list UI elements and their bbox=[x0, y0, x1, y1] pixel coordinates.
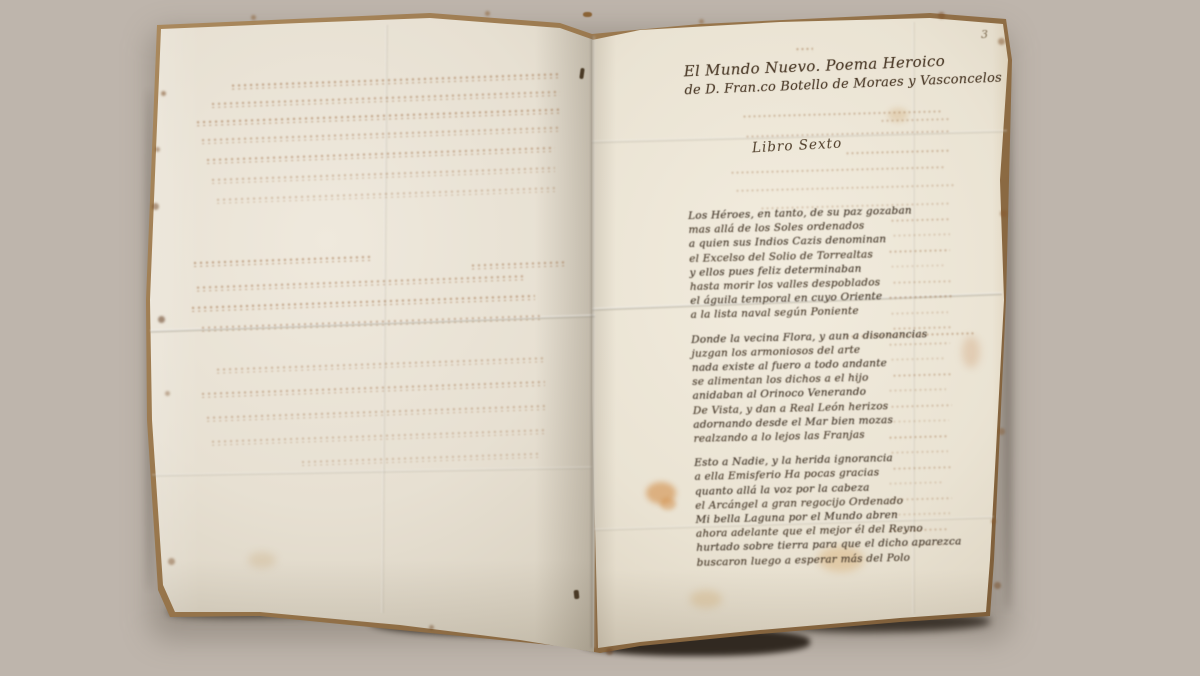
stain bbox=[248, 552, 276, 568]
binding-stitch bbox=[574, 590, 580, 599]
manuscript-photo: 3 El Mundo Nuevo. Poema Heroicode D. Fra… bbox=[0, 0, 1200, 676]
stanza: Esto a Nadie, y la herida ignoranciaa el… bbox=[694, 449, 977, 569]
poem-stanzas: Los Héroes, en tanto, de su paz gozabanm… bbox=[688, 202, 977, 580]
stain bbox=[690, 590, 722, 608]
faded-ink-row bbox=[795, 47, 813, 52]
page-number: 3 bbox=[981, 28, 988, 41]
stanza: Los Héroes, en tanto, de su paz gozabanm… bbox=[688, 202, 971, 322]
edge-specks bbox=[0, 0, 3, 3]
stanza: Donde la vecina Flora, y aun a disonanci… bbox=[691, 326, 974, 446]
stain bbox=[660, 498, 676, 510]
binding-gutter bbox=[591, 36, 595, 648]
binding-notch bbox=[583, 12, 592, 17]
